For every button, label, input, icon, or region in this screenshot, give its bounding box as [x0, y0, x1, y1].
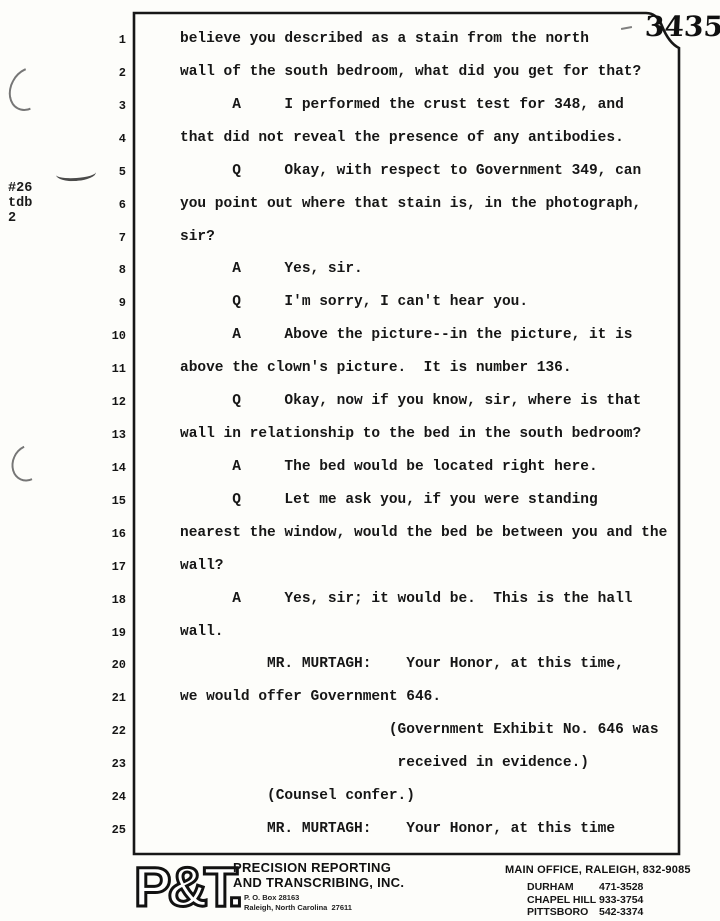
line-text: A Above the picture--in the picture, it … [180, 327, 632, 343]
transcript-line: 10 A Above the picture--in the picture, … [0, 327, 700, 349]
transcript-line: 3 A I performed the crust test for 348, … [0, 97, 700, 119]
line-text: (Counsel confer.) [180, 788, 415, 804]
transcript-body: 1 believe you described as a stain from … [0, 0, 720, 921]
line-number: 5 [0, 165, 126, 179]
office-phone: 471-3528 [599, 881, 657, 894]
transcript-line: 19 wall. [0, 624, 700, 646]
line-text: we would offer Government 646. [180, 689, 441, 705]
office-phone-row: DURHAM 471-3528 [527, 881, 657, 894]
line-text: A Yes, sir. [180, 261, 363, 277]
company-address: P. O. Box 28163Raleigh, North Carolina 2… [244, 893, 352, 912]
line-text: received in evidence.) [180, 755, 589, 771]
transcript-line: 12 Q Okay, now if you know, sir, where i… [0, 393, 700, 415]
transcript-line: 8 A Yes, sir. [0, 261, 700, 283]
transcript-line: 17 wall? [0, 558, 700, 580]
line-number: 13 [0, 428, 126, 442]
line-number: 2 [0, 66, 126, 80]
transcript-line: 21 we would offer Government 646. [0, 689, 700, 711]
line-number: 8 [0, 263, 126, 277]
main-office-line: MAIN OFFICE, RALEIGH, 832-9085 [505, 864, 691, 876]
line-text: wall in relationship to the bed in the s… [180, 426, 641, 442]
transcript-line: 15 Q Let me ask you, if you were standin… [0, 492, 700, 514]
line-number: 4 [0, 132, 126, 146]
transcript-line: 20 MR. MURTAGH: Your Honor, at this time… [0, 656, 700, 678]
line-number: 16 [0, 527, 126, 541]
line-text: A I performed the crust test for 348, an… [180, 97, 624, 113]
line-text: A Yes, sir; it would be. This is the hal… [180, 591, 632, 607]
office-phone-row: CHAPEL HILL 933-3754 [527, 894, 657, 907]
line-text: wall? [180, 558, 224, 574]
line-text: sir? [180, 229, 215, 245]
line-text: above the clown's picture. It is number … [180, 360, 572, 376]
address-line: Raleigh, North Carolina 27611 [244, 903, 352, 913]
line-text: (Government Exhibit No. 646 was [180, 722, 659, 738]
address-line: P. O. Box 28163 [244, 893, 352, 903]
line-text: that did not reveal the presence of any … [180, 130, 624, 146]
line-number: 6 [0, 198, 126, 212]
company-name: PRECISION REPORTINGAND TRANSCRIBING, INC… [233, 860, 404, 890]
line-text: Q Okay, with respect to Government 349, … [180, 163, 641, 179]
transcript-line: 22 (Government Exhibit No. 646 was [0, 722, 700, 744]
line-number: 1 [0, 33, 126, 47]
line-number: 14 [0, 461, 126, 475]
transcript-line: 23 received in evidence.) [0, 755, 700, 777]
line-number: 19 [0, 626, 126, 640]
transcript-page: 3435 #26tdb2 1 believe you described as … [0, 0, 720, 921]
line-number: 12 [0, 395, 126, 409]
office-city: CHAPEL HILL [527, 894, 599, 907]
line-text: Q Okay, now if you know, sir, where is t… [180, 393, 641, 409]
transcript-line: 11 above the clown's picture. It is numb… [0, 360, 700, 382]
office-phone: 542-3374 [599, 906, 657, 919]
company-logo: P&T. [134, 854, 239, 919]
company-name-line: PRECISION REPORTING [233, 860, 404, 875]
line-number: 9 [0, 296, 126, 310]
transcript-line: 9 Q I'm sorry, I can't hear you. [0, 294, 700, 316]
transcript-line: 13 wall in relationship to the bed in th… [0, 426, 700, 448]
line-text: wall. [180, 624, 224, 640]
office-city: DURHAM [527, 881, 599, 894]
line-number: 23 [0, 757, 126, 771]
transcript-line: 24 (Counsel confer.) [0, 788, 700, 810]
line-number: 15 [0, 494, 126, 508]
transcript-line: 4 that did not reveal the presence of an… [0, 130, 700, 152]
line-text: MR. MURTAGH: Your Honor, at this time [180, 821, 615, 837]
line-number: 17 [0, 560, 126, 574]
office-phone-row: PITTSBORO 542-3374 [527, 906, 657, 919]
transcript-line: 25 MR. MURTAGH: Your Honor, at this time [0, 821, 700, 843]
line-text: A The bed would be located right here. [180, 459, 598, 475]
line-text: nearest the window, would the bed be bet… [180, 525, 667, 541]
line-text: MR. MURTAGH: Your Honor, at this time, [180, 656, 624, 672]
line-text: Q I'm sorry, I can't hear you. [180, 294, 528, 310]
line-number: 25 [0, 823, 126, 837]
transcript-line: 1 believe you described as a stain from … [0, 31, 700, 53]
line-number: 18 [0, 593, 126, 607]
line-number: 11 [0, 362, 126, 376]
transcript-line: 5 Q Okay, with respect to Government 349… [0, 163, 700, 185]
transcript-line: 7 sir? [0, 229, 700, 251]
transcript-line: 14 A The bed would be located right here… [0, 459, 700, 481]
office-phone: 933-3754 [599, 894, 657, 907]
line-number: 10 [0, 329, 126, 343]
office-phone-list: DURHAM 471-3528 CHAPEL HILL 933-3754 PIT… [527, 881, 657, 919]
line-number: 21 [0, 691, 126, 705]
line-number: 24 [0, 790, 126, 804]
line-text: believe you described as a stain from th… [180, 31, 589, 47]
line-text: you point out where that stain is, in th… [180, 196, 641, 212]
line-text: Q Let me ask you, if you were standing [180, 492, 598, 508]
line-number: 20 [0, 658, 126, 672]
transcript-line: 18 A Yes, sir; it would be. This is the … [0, 591, 700, 613]
transcript-line: 2 wall of the south bedroom, what did yo… [0, 64, 700, 86]
line-text: wall of the south bedroom, what did you … [180, 64, 641, 80]
office-city: PITTSBORO [527, 906, 599, 919]
line-number: 22 [0, 724, 126, 738]
transcript-line: 16 nearest the window, would the bed be … [0, 525, 700, 547]
line-number: 7 [0, 231, 126, 245]
line-number: 3 [0, 99, 126, 113]
transcript-line: 6 you point out where that stain is, in … [0, 196, 700, 218]
company-name-line: AND TRANSCRIBING, INC. [233, 875, 404, 890]
